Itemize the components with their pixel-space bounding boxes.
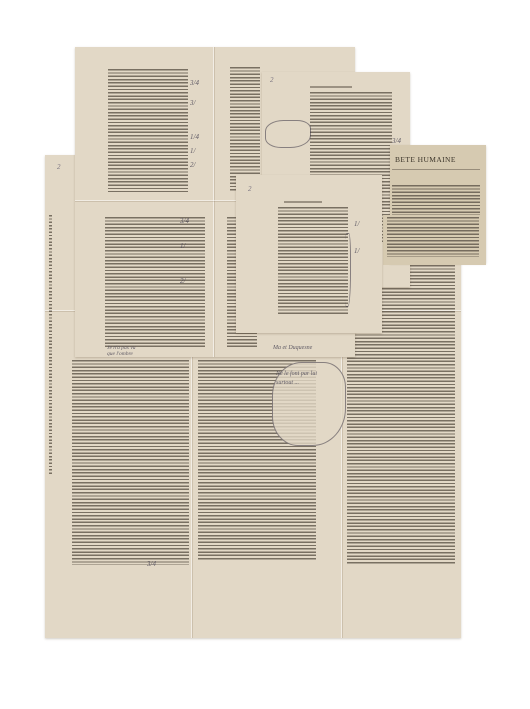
text-block	[105, 217, 205, 347]
page-mark: 2	[270, 76, 274, 84]
margin-annotation: 2/	[180, 277, 185, 285]
margin-annotation: 3/4	[392, 137, 401, 145]
running-head	[284, 201, 322, 203]
handwritten-insert: Ne le font par lui surtout ...	[276, 370, 317, 388]
page-mark: 2	[57, 163, 61, 171]
page-mark: 2	[248, 185, 252, 193]
margin-annotation: 3/	[190, 99, 195, 107]
margin-annotation: 1/	[190, 147, 195, 155]
text-block	[108, 69, 188, 192]
text-block	[278, 207, 348, 315]
center-proof-page: 2 1/ 1/	[236, 175, 382, 333]
margin-annotation: 3/4	[190, 79, 199, 87]
title-rule	[392, 169, 480, 170]
text-block	[387, 217, 479, 257]
margin-annotation: 3/4	[147, 560, 156, 568]
text-block	[72, 360, 189, 565]
cover-title: BETE HUMAINE	[395, 155, 456, 164]
text-block	[49, 215, 52, 475]
handwritten-note-outline	[265, 120, 311, 148]
running-head	[310, 86, 352, 88]
margin-annotation: 1/4	[190, 133, 199, 141]
bottom-margin-note: Ma et Duquesne	[273, 344, 312, 352]
margin-annotation: 1/	[180, 242, 185, 250]
margin-annotation: 1/	[354, 247, 359, 255]
cover-page-lower	[383, 215, 486, 265]
margin-annotation: 2/	[190, 161, 195, 169]
margin-annotation: 1/	[354, 220, 359, 228]
fold-line	[213, 47, 214, 357]
text-block	[230, 67, 260, 192]
margin-annotation: 3/4	[180, 217, 189, 225]
bracket-mark	[344, 233, 351, 307]
left-margin-note: Je n'a pas vu que l'ombre	[107, 345, 136, 357]
